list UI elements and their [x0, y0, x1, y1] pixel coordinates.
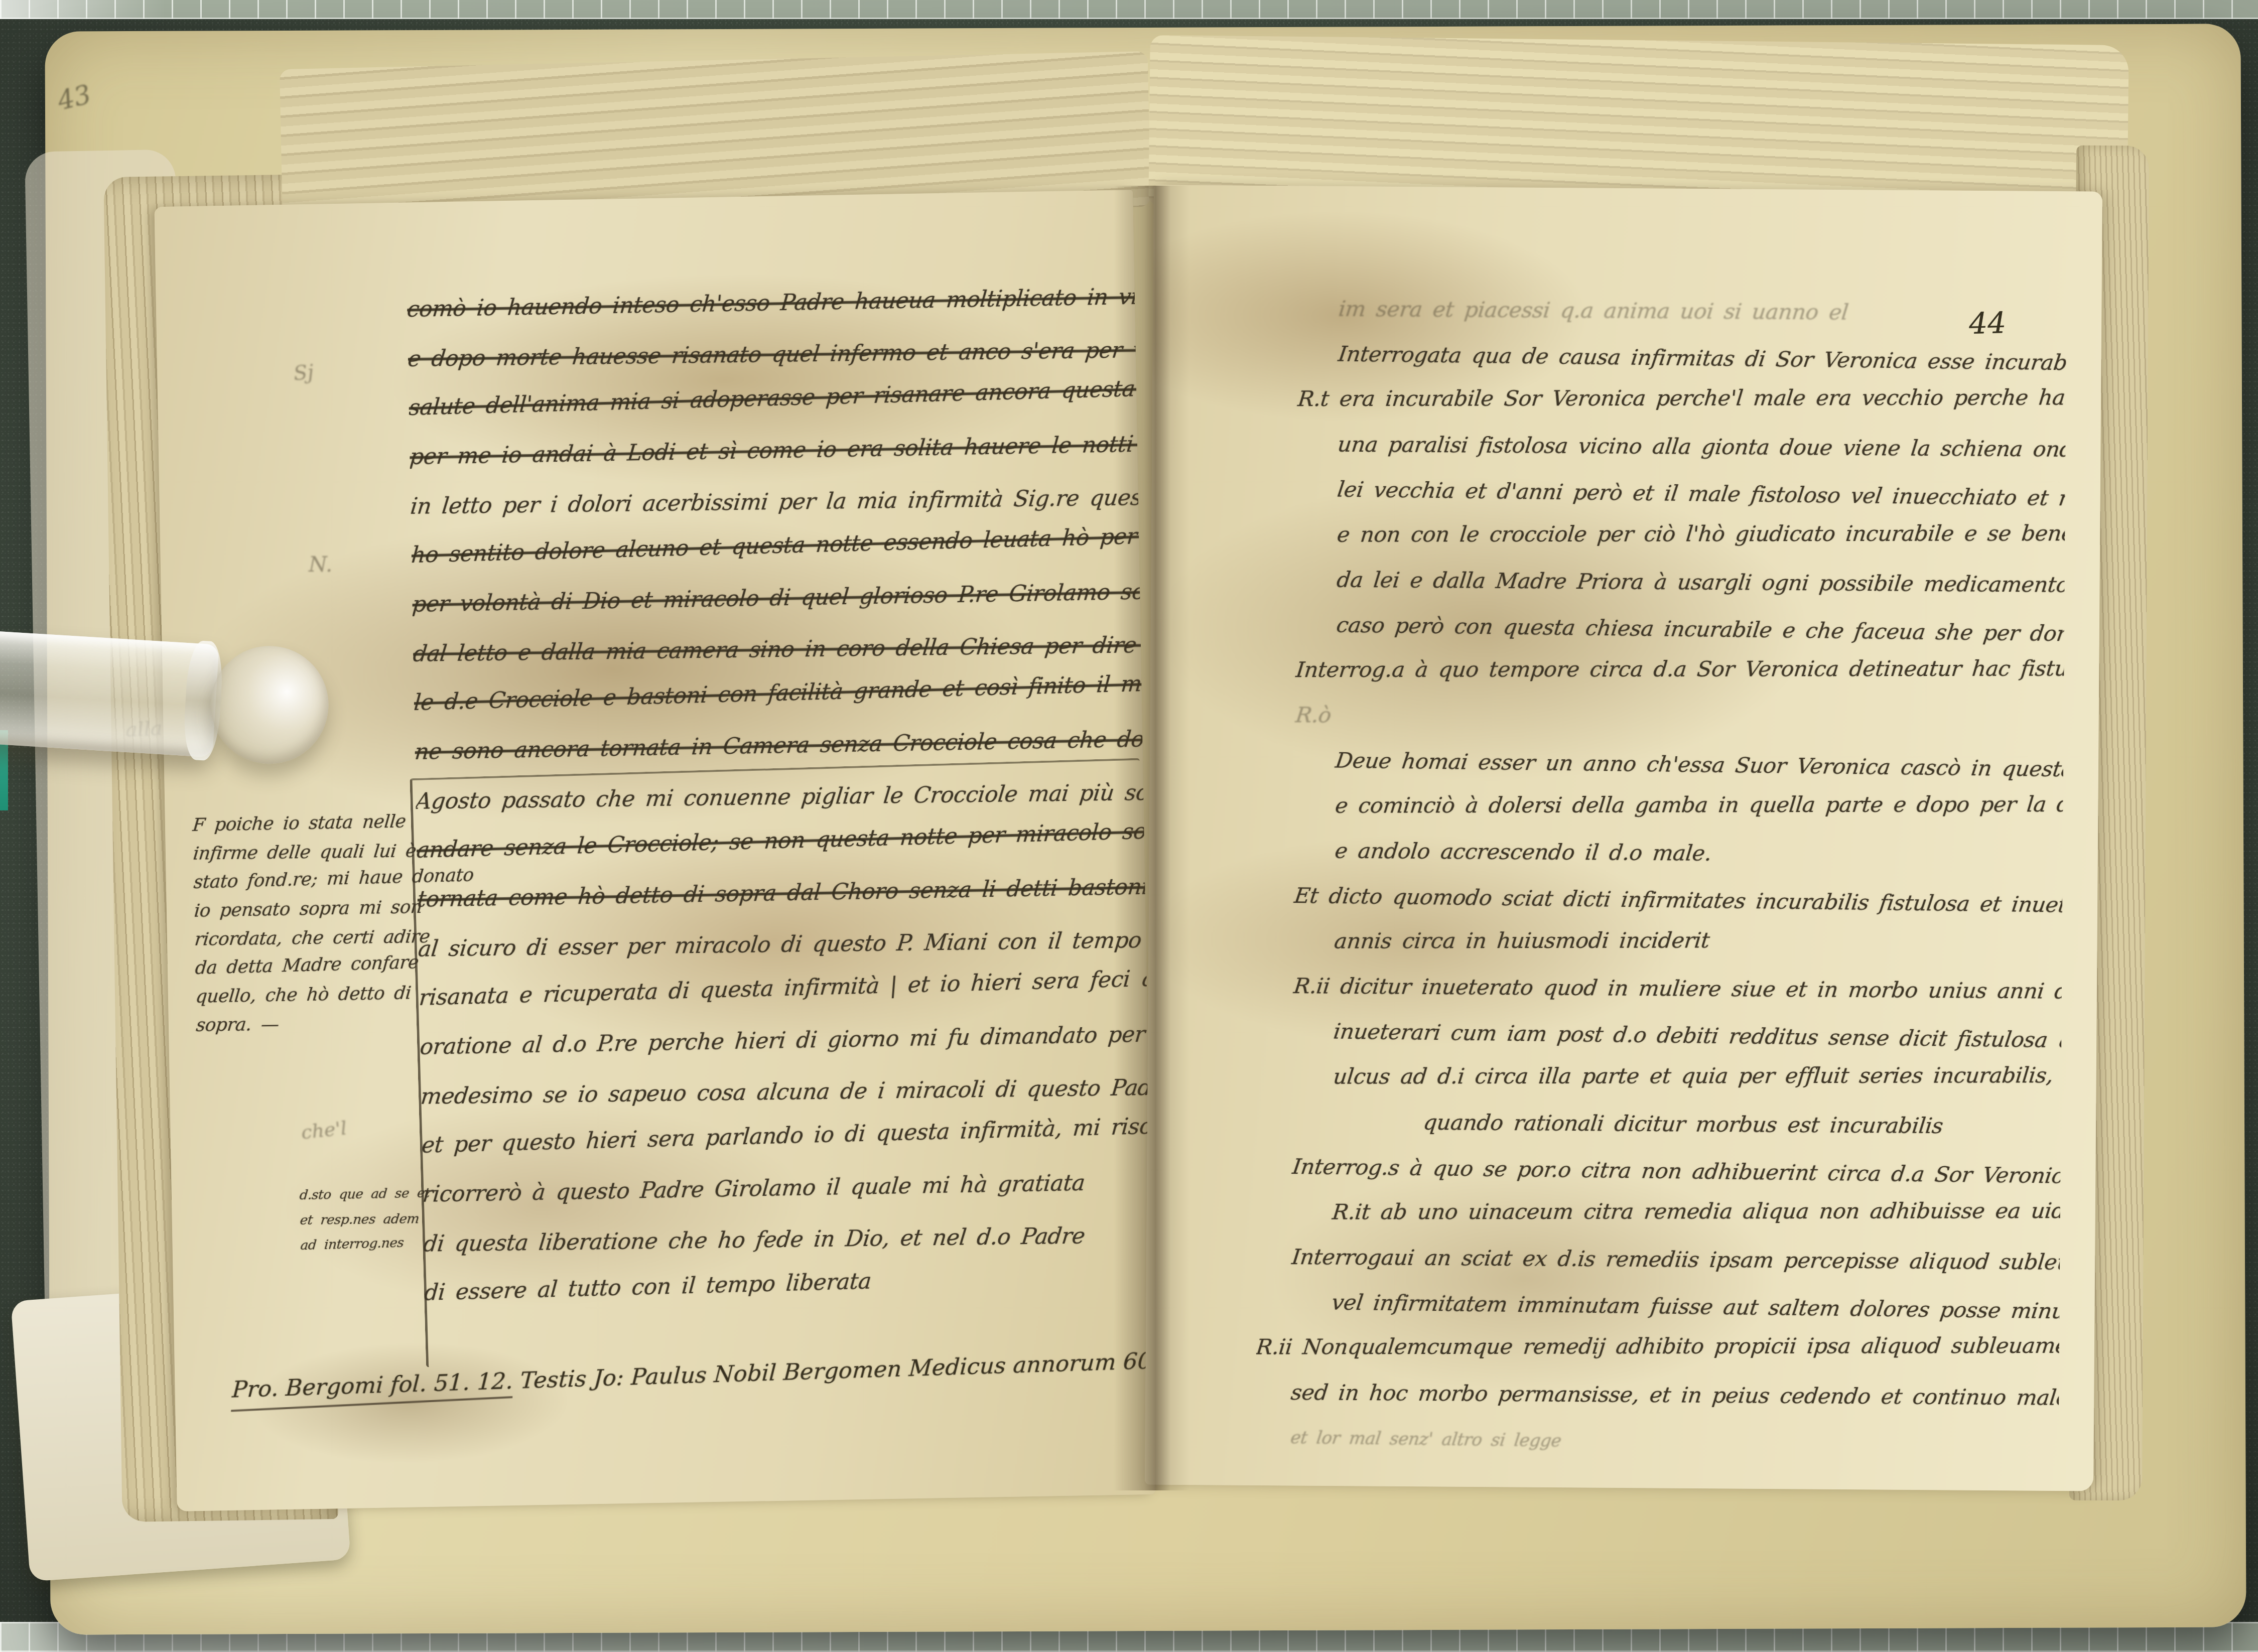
left-page: comò io hauendo inteso ch'esso Padre hau… [154, 190, 1155, 1511]
manuscript-line: R.it ab uno uinaceum citra remedia aliqu… [1330, 1188, 2063, 1234]
manuscript-line: R.t era incurabile Sor Veronica perche'l… [1295, 375, 2066, 422]
manuscript-line: et lor mal senz' altro si legge [1288, 1415, 2061, 1470]
margin-note-line: io pensato sopra mi son [193, 893, 431, 925]
manuscript-line: comò io hauendo inteso ch'esso Padre hau… [407, 272, 1155, 334]
manuscript-line: R.ò [1293, 693, 2066, 743]
margin-note-line: ad interrog.nes [300, 1229, 462, 1258]
manuscript-line: Interrog.a à quo tempore circa d.a Sor V… [1294, 646, 2067, 693]
glass-paperweight [0, 624, 335, 771]
manuscript-line: e non con le crocciole per ciò l'hò giud… [1335, 511, 2067, 558]
photo-scene: comò io hauendo inteso ch'esso Padre hau… [0, 0, 2258, 1652]
manuscript-line: da lei e dalla Madre Priora à usargli og… [1335, 558, 2067, 608]
manuscript-line: R.ii dicitur inueterato quod in muliere … [1291, 963, 2064, 1014]
margin-note-line: quello, che hò detto di [194, 979, 433, 1011]
margin-note-line: d.sto que ad se et [299, 1180, 461, 1208]
manuscript-line: quando rationali dicitur morbus est incu… [1421, 1100, 2063, 1150]
manuscript-line: e cominciò à dolersi della gamba in quel… [1333, 782, 2066, 828]
margin-note-line: sopra. — [195, 1008, 434, 1040]
manuscript-line: sed in hoc morbo permansisse, et in peiu… [1288, 1370, 2061, 1421]
left-page-text: comò io hauendo inteso ch'esso Padre hau… [407, 272, 1155, 1339]
manuscript-line: annis circa in huiusmodi inciderit [1332, 917, 2065, 963]
manuscript-line: una paralisi fistolosa vicino alla giont… [1335, 422, 2066, 472]
manuscript-line: R.ii Nonqualemcumque remedij adhibito pr… [1255, 1323, 2062, 1370]
left-margin-note-upper: F poiche io stata nelleinfirme delle qua… [192, 807, 432, 1040]
left-margin-note-lower: d.sto que ad se etet resp.nes ademad int… [299, 1180, 461, 1259]
manuscript-line: ulcus ad d.i circa illa parte et quia pe… [1331, 1053, 2064, 1099]
manuscript-line: im sera et piacessi q.a anima uoi si uan… [1336, 287, 2066, 337]
grid-mat-top [0, 0, 2258, 19]
glass-dome-end [207, 642, 332, 767]
gutter-shadow [1114, 186, 1189, 1490]
margin-note-line: stato fond.re; mi haue donato [193, 862, 431, 897]
margin-note-line: F poiche io stata nelle [191, 807, 430, 840]
manuscript-line: e andolo accrescendo il d.o male. [1333, 829, 2065, 879]
right-page: 44 im sera et piacessi q.a anima uoi si … [1145, 185, 2102, 1491]
right-page-text: im sera et piacessi q.a anima uoi si uan… [1255, 286, 2067, 1491]
margin-note-line: da detta Madre confare [194, 948, 433, 983]
manuscript-line: Interrogaui an sciat ex d.is remediis ip… [1289, 1234, 2062, 1285]
